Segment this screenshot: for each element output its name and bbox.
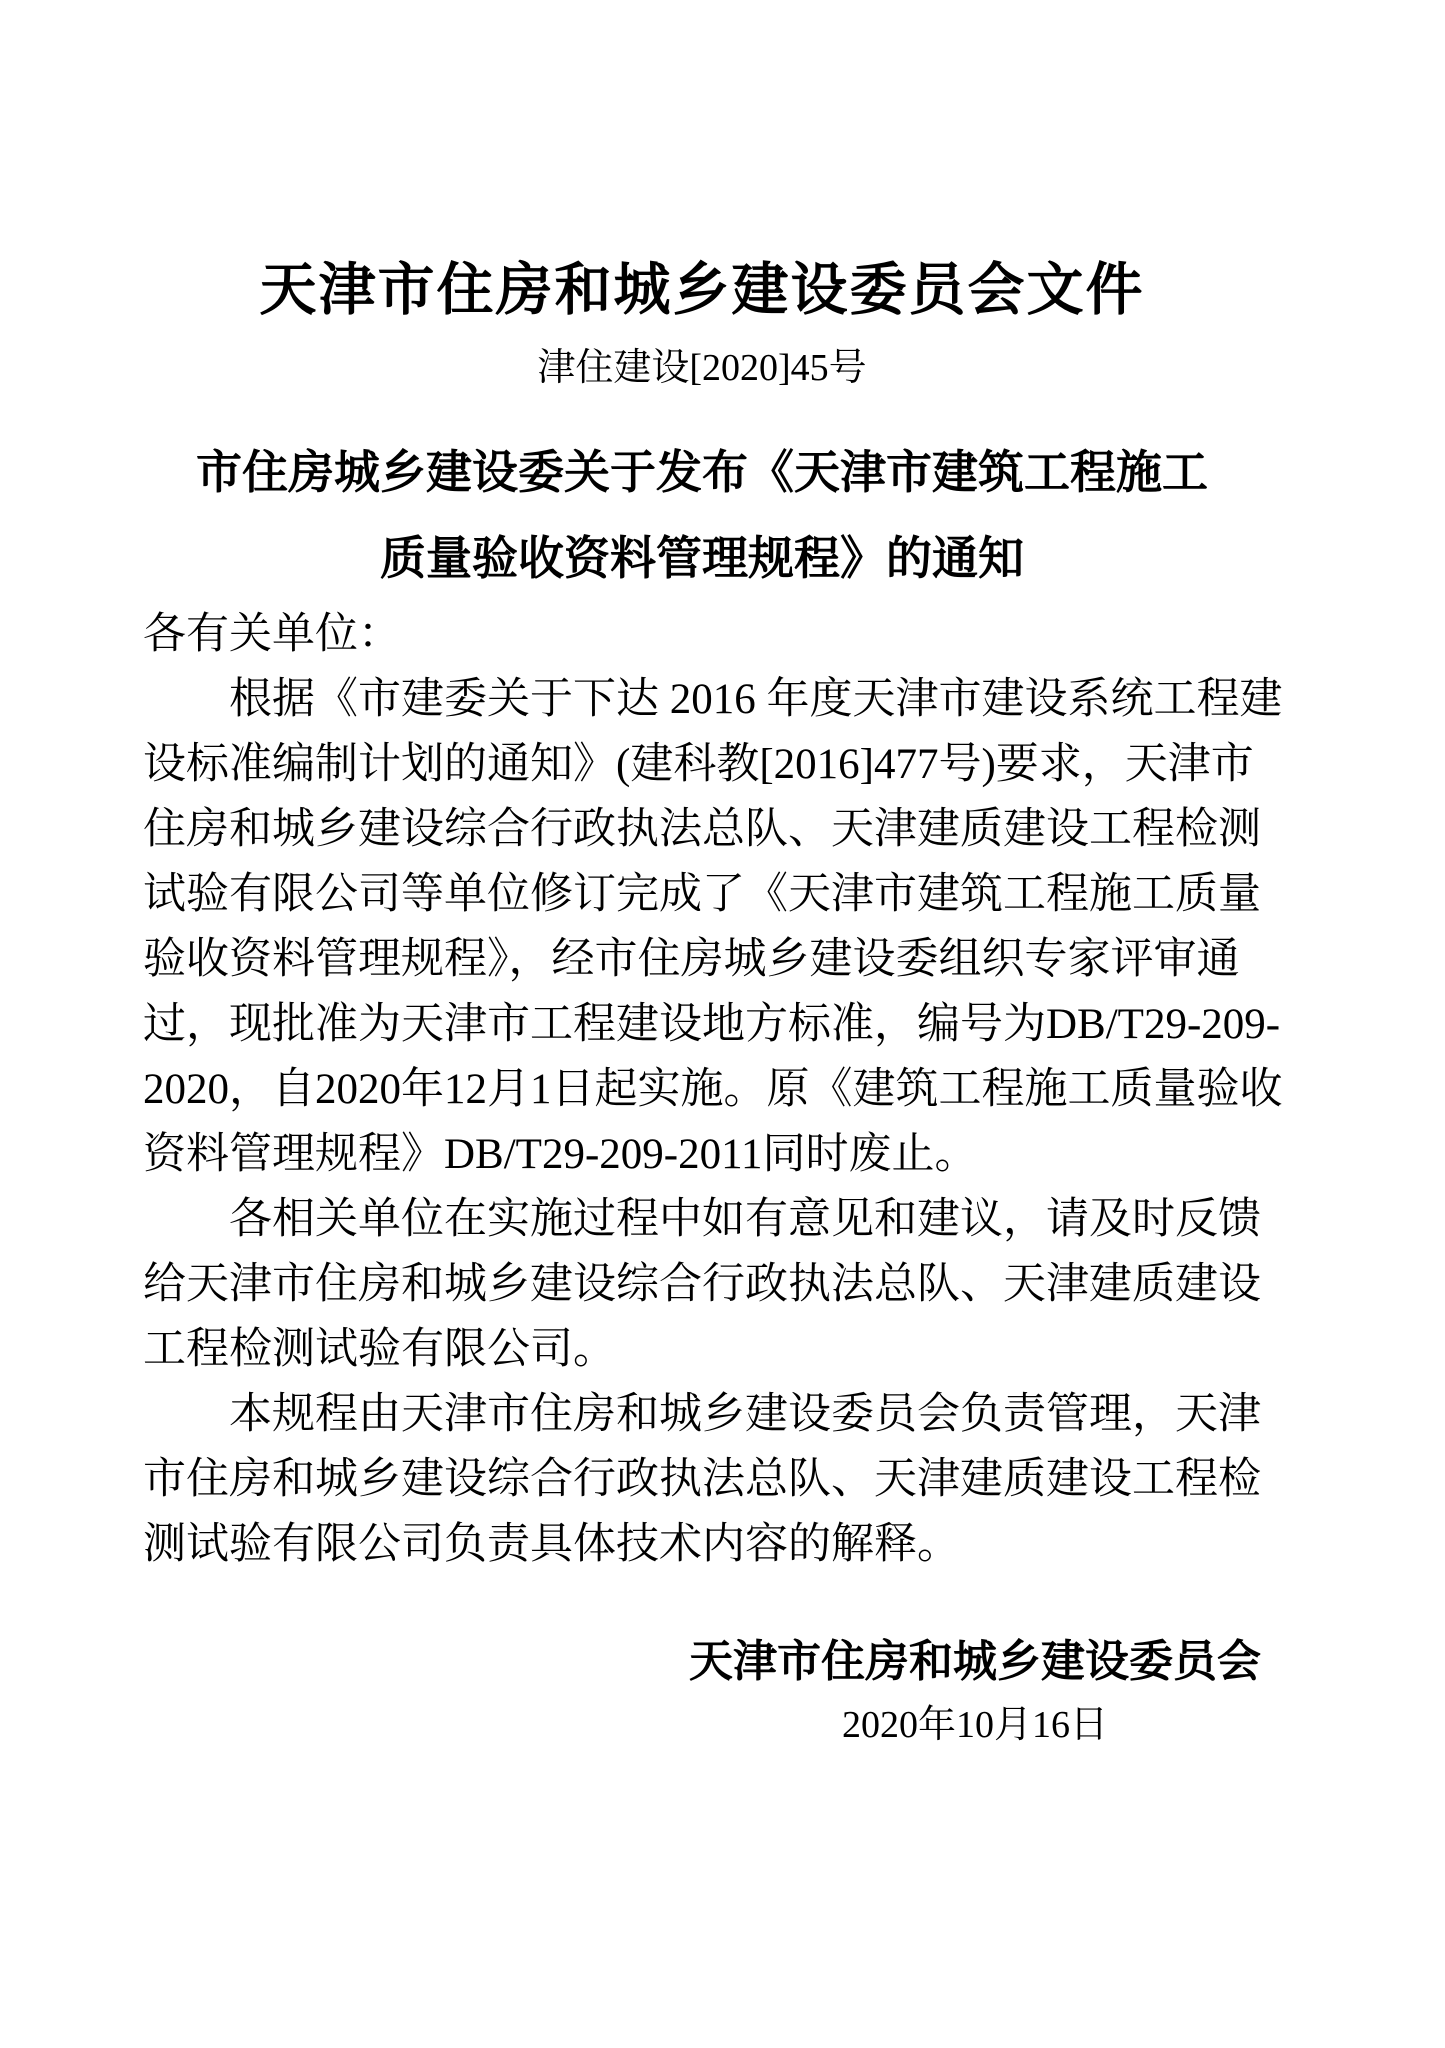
- salutation: 各有关单位：: [143, 602, 1261, 667]
- document-number: 津住建设[2020]45号: [143, 346, 1261, 392]
- body-line: 给天津市住房和城乡建设综合行政执法总队、天津建质建设: [143, 1252, 1261, 1317]
- body-line: 过，现批准为天津市工程建设地方标准，编号为DB/T29-209-: [143, 992, 1261, 1057]
- subject-title: 市住房城乡建设委关于发布《天津市建筑工程施工 质量验收资料管理规程》的通知: [143, 430, 1261, 602]
- body-line: 资料管理规程》DB/T29-209-2011同时废止。: [143, 1122, 1261, 1187]
- body-line: 设标准编制计划的通知》(建科教[2016]477号)要求，天津市: [143, 732, 1261, 797]
- body-line: 验收资料管理规程》，经市住房城乡建设委组织专家评审通: [143, 927, 1261, 992]
- paragraph-2: 各相关单位在实施过程中如有意见和建议，请及时反馈 给天津市住房和城乡建设综合行政…: [143, 1187, 1261, 1382]
- document-header-title: 天津市住房和城乡建设委员会文件: [143, 255, 1261, 326]
- body-line: 住房和城乡建设综合行政执法总队、天津建质建设工程检测: [143, 797, 1261, 862]
- paragraph-1: 根据《市建委关于下达 2016 年度天津市建设系统工程建 设标准编制计划的通知》…: [143, 667, 1261, 1187]
- body-line: 本规程由天津市住房和城乡建设委员会负责管理，天津: [143, 1382, 1261, 1447]
- signature-date: 2020年10月16日: [689, 1703, 1261, 1749]
- body-line: 根据《市建委关于下达 2016 年度天津市建设系统工程建: [143, 667, 1261, 732]
- paragraph-3: 本规程由天津市住房和城乡建设委员会负责管理，天津 市住房和城乡建设综合行政执法总…: [143, 1382, 1261, 1577]
- signature-block: 天津市住房和城乡建设委员会 2020年10月16日: [689, 1636, 1261, 1748]
- body-line: 2020，自2020年12月1日起实施。原《建筑工程施工质量验收: [143, 1057, 1261, 1122]
- subject-title-line-2: 质量验收资料管理规程》的通知: [143, 516, 1261, 602]
- body-line: 工程检测试验有限公司。: [143, 1317, 1261, 1382]
- body-line: 各相关单位在实施过程中如有意见和建议，请及时反馈: [143, 1187, 1261, 1252]
- body-line: 测试验有限公司负责具体技术内容的解释。: [143, 1512, 1261, 1577]
- document-body: 各有关单位： 根据《市建委关于下达 2016 年度天津市建设系统工程建 设标准编…: [143, 602, 1261, 1577]
- body-line: 市住房和城乡建设综合行政执法总队、天津建质建设工程检: [143, 1447, 1261, 1512]
- document-page: 天津市住房和城乡建设委员会文件 津住建设[2020]45号 市住房城乡建设委关于…: [0, 0, 1445, 2048]
- signature-organization: 天津市住房和城乡建设委员会: [689, 1636, 1261, 1689]
- body-line: 试验有限公司等单位修订完成了《天津市建筑工程施工质量: [143, 862, 1261, 927]
- subject-title-line-1: 市住房城乡建设委关于发布《天津市建筑工程施工: [143, 430, 1261, 516]
